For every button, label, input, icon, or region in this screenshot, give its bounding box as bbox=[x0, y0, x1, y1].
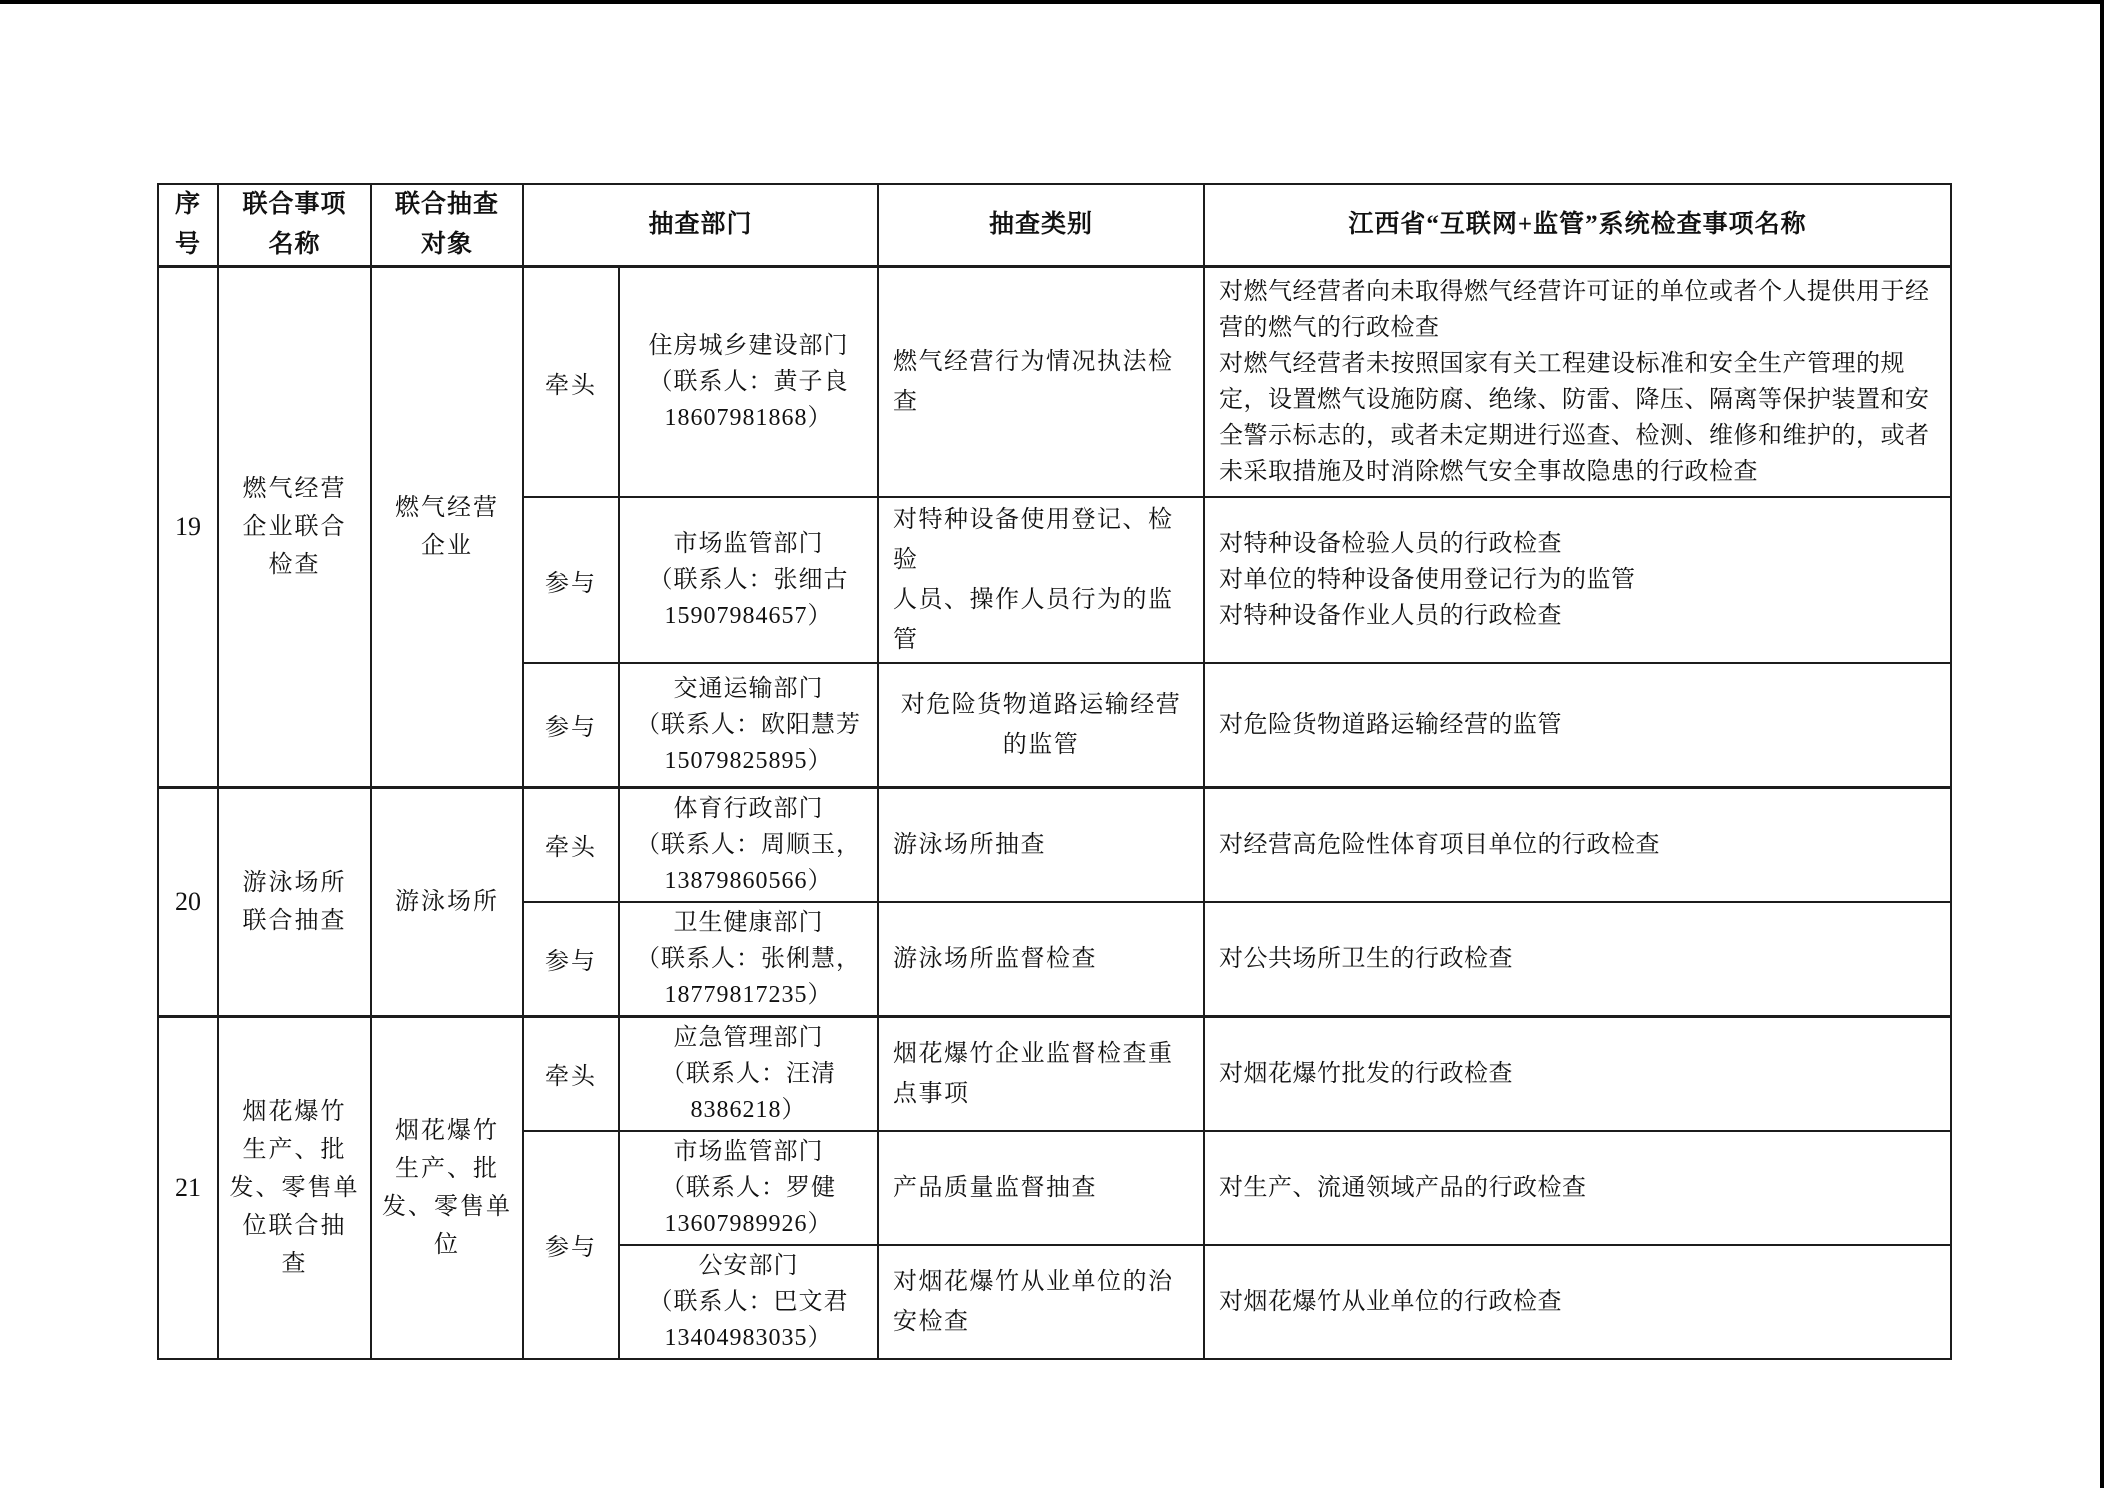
col-header-target: 联合抽查 对象 bbox=[371, 184, 523, 267]
category-cell: 烟花爆竹企业监督检查重 点事项 bbox=[878, 1016, 1204, 1131]
role-cell: 牵头 bbox=[523, 1016, 619, 1131]
role-cell: 参与 bbox=[523, 1131, 619, 1359]
department-cell: 卫生健康部门 （联系人：张俐慧， 18779817235） bbox=[619, 902, 878, 1017]
category-cell: 对烟花爆竹从业单位的治 安检查 bbox=[878, 1245, 1204, 1359]
col-header-department: 抽查部门 bbox=[523, 184, 878, 267]
matter-name-cell: 游泳场所 联合抽查 bbox=[218, 787, 371, 1016]
table-row: 20 游泳场所 联合抽查 游泳场所 牵头 体育行政部门 （联系人：周顺玉， 13… bbox=[158, 787, 1951, 902]
department-cell: 公安部门 （联系人：巴文君 13404983035） bbox=[619, 1245, 878, 1359]
serial-cell: 19 bbox=[158, 267, 218, 788]
items-cell: 对特种设备检验人员的行政检查 对单位的特种设备使用登记行为的监管 对特种设备作业… bbox=[1204, 497, 1951, 663]
header-row: 序 号 联合事项 名称 联合抽查 对象 抽查部门 抽查类别 江西省“互联网+监管… bbox=[158, 184, 1951, 267]
scan-edge-top bbox=[0, 0, 2104, 4]
role-cell: 牵头 bbox=[523, 787, 619, 902]
table-row: 21 烟花爆竹 生产、批 发、零售单 位联合抽 查 烟花爆竹 生产、批 发、零售… bbox=[158, 1016, 1951, 1131]
col-header-category: 抽查类别 bbox=[878, 184, 1204, 267]
role-cell: 牵头 bbox=[523, 267, 619, 498]
role-cell: 参与 bbox=[523, 663, 619, 787]
role-cell: 参与 bbox=[523, 497, 619, 663]
category-cell: 对危险货物道路运输经营 的监管 bbox=[878, 663, 1204, 787]
target-cell: 燃气经营 企业 bbox=[371, 267, 523, 788]
items-cell: 对公共场所卫生的行政检查 bbox=[1204, 902, 1951, 1017]
serial-cell: 21 bbox=[158, 1016, 218, 1359]
department-cell: 应急管理部门 （联系人：汪清 8386218） bbox=[619, 1016, 878, 1131]
items-cell: 对危险货物道路运输经营的监管 bbox=[1204, 663, 1951, 787]
scan-edge-right bbox=[2100, 0, 2104, 1488]
role-cell: 参与 bbox=[523, 902, 619, 1017]
col-header-system-items: 江西省“互联网+监管”系统检查事项名称 bbox=[1204, 184, 1951, 267]
serial-cell: 20 bbox=[158, 787, 218, 1016]
items-cell: 对烟花爆竹从业单位的行政检查 bbox=[1204, 1245, 1951, 1359]
items-cell: 对生产、流通领域产品的行政检查 bbox=[1204, 1131, 1951, 1245]
target-cell: 游泳场所 bbox=[371, 787, 523, 1016]
department-cell: 体育行政部门 （联系人：周顺玉， 13879860566） bbox=[619, 787, 878, 902]
category-cell: 对特种设备使用登记、检验 人员、操作人员行为的监管 bbox=[878, 497, 1204, 663]
items-cell: 对烟花爆竹批发的行政检查 bbox=[1204, 1016, 1951, 1131]
col-header-matter-name: 联合事项 名称 bbox=[218, 184, 371, 267]
category-cell: 燃气经营行为情况执法检 查 bbox=[878, 267, 1204, 498]
items-cell: 对经营高危险性体育项目单位的行政检查 bbox=[1204, 787, 1951, 902]
category-cell: 游泳场所抽查 bbox=[878, 787, 1204, 902]
items-cell: 对燃气经营者向未取得燃气经营许可证的单位或者个人提供用于经营的燃气的行政检查 对… bbox=[1204, 267, 1951, 498]
col-header-serial: 序 号 bbox=[158, 184, 218, 267]
department-cell: 住房城乡建设部门 （联系人：黄子良 18607981868） bbox=[619, 267, 878, 498]
matter-name-cell: 烟花爆竹 生产、批 发、零售单 位联合抽 查 bbox=[218, 1016, 371, 1359]
inspection-table: 序 号 联合事项 名称 联合抽查 对象 抽查部门 抽查类别 江西省“互联网+监管… bbox=[157, 183, 1952, 1360]
category-cell: 游泳场所监督检查 bbox=[878, 902, 1204, 1017]
department-cell: 市场监管部门 （联系人：张细古 15907984657） bbox=[619, 497, 878, 663]
target-cell: 烟花爆竹 生产、批 发、零售单 位 bbox=[371, 1016, 523, 1359]
table-row: 19 燃气经营 企业联合 检查 燃气经营 企业 牵头 住房城乡建设部门 （联系人… bbox=[158, 267, 1951, 498]
matter-name-cell: 燃气经营 企业联合 检查 bbox=[218, 267, 371, 788]
category-cell: 产品质量监督抽查 bbox=[878, 1131, 1204, 1245]
department-cell: 交通运输部门 （联系人：欧阳慧芳 15079825895） bbox=[619, 663, 878, 787]
department-cell: 市场监管部门 （联系人：罗健 13607989926） bbox=[619, 1131, 878, 1245]
